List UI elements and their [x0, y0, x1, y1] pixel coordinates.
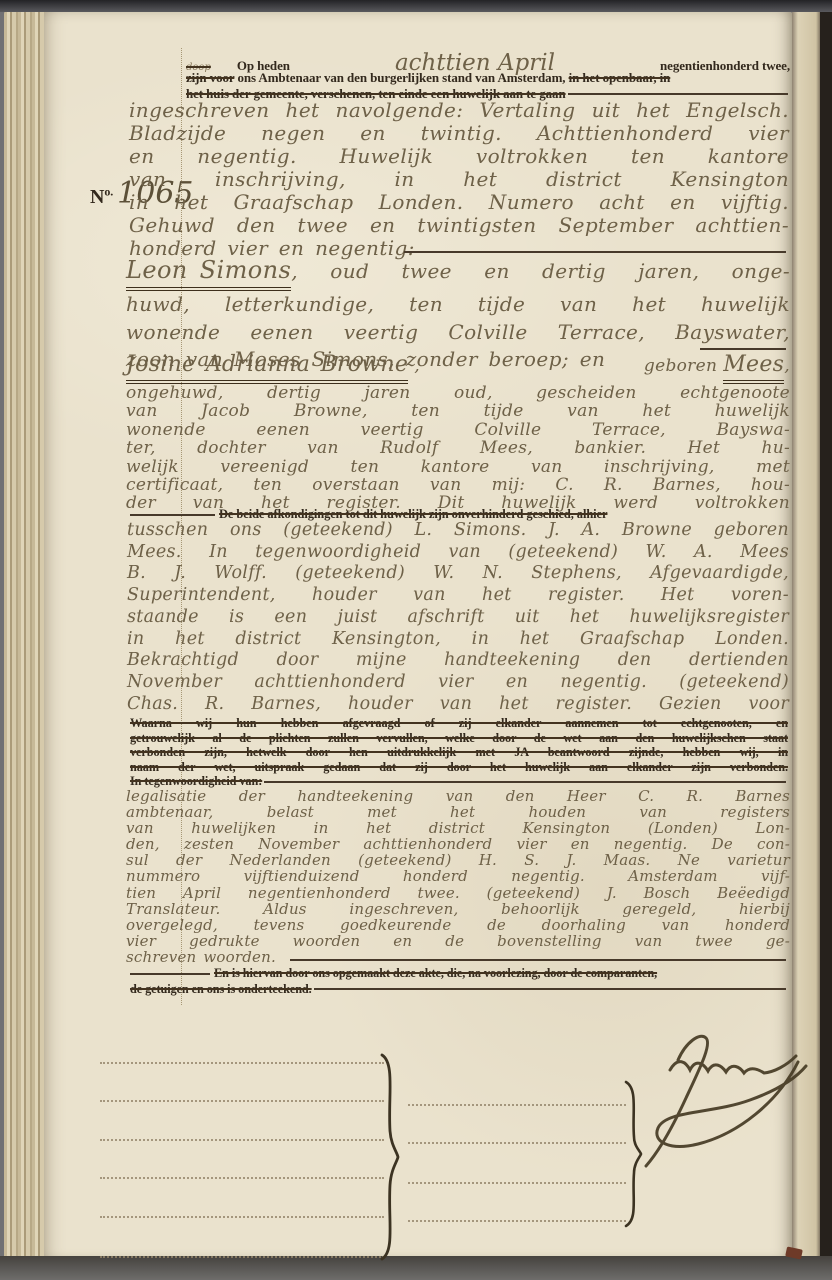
legalisation-block: legalisatie der handteekening van den He…: [126, 788, 790, 965]
header-line-2: zijn voor ons Ambtenaar van den burgerli…: [186, 70, 790, 86]
bride-paragraph: Josine Adrianna Browne , geboren Mees , …: [126, 351, 790, 513]
signature-line: [408, 1182, 626, 1184]
handwritten-line: nummero vijftienduizend honderd negentig…: [126, 868, 790, 884]
signature-line: [100, 1062, 384, 1064]
handwritten-line: Superintendent, houder van het register.…: [127, 585, 789, 607]
handwritten-line: van inschrijving, in het district Kensin…: [129, 168, 789, 191]
handwritten-line: en negentig. Huwelijk voltrokken ten kan…: [129, 145, 789, 168]
filler-rule: [130, 973, 210, 975]
signature-line: [100, 1216, 384, 1218]
witnesses-block: tusschen ons (geteekend) L. Simons. J. A…: [127, 520, 789, 715]
filler-rule: [130, 514, 215, 516]
groom-name-line: Leon Simons , oud twee en dertig jaren, …: [126, 255, 790, 291]
handwritten-line: wonende eenen veertig Colville Terrace, …: [126, 421, 790, 439]
struck-text: Waarna wij hun hebben afgevraagd of zij …: [130, 716, 788, 731]
handwritten-line: ongehuwd, dertig jaren oud, gescheiden e…: [126, 384, 790, 402]
handwritten-line: tusschen ons (geteekend) L. Simons. J. A…: [127, 520, 789, 542]
handwritten-line: overgelegd, tevens goedkeurende de doorh…: [126, 917, 790, 933]
handwritten-line: van huwelijken in het district Kensingto…: [126, 820, 790, 836]
struck-text: naam der wet, uitspraak gedaan dat zij d…: [130, 760, 788, 775]
handwritten-line: den, zesten November achttienhonderd vie…: [126, 836, 790, 852]
handwritten-line: ,: [784, 352, 790, 380]
filler-rule: [568, 93, 788, 95]
handwritten-line: in het district Kensington, in het Graaf…: [127, 629, 789, 651]
struck-text: verbonden zijn, hetwelk door hen uitdruk…: [130, 745, 788, 760]
handwritten-line: November achttienhonderd vier en negenti…: [127, 672, 789, 694]
struck-text: de getuigen en ons is onderteekend.: [130, 982, 312, 998]
handwritten-line: , oud twee en dertig jaren, onge-: [291, 256, 790, 287]
vows-block: Waarna wij hun hebben afgevraagd of zij …: [130, 716, 788, 789]
handwritten-line: vier gedrukte woorden en de bovenstellin…: [126, 933, 790, 949]
handwritten-line: sul der Nederlanden (geteekend) H. S. J.…: [126, 852, 790, 868]
struck-text: zijn voor: [186, 70, 234, 85]
groom-name: Leon Simons: [126, 255, 291, 291]
filler-rule: [314, 988, 786, 990]
closing-line-1: En is hiervan door ons opgemaakt deze ak…: [130, 966, 788, 982]
handwritten-line: Gehuwd den twee en twintigsten September…: [129, 214, 789, 237]
handwritten-line: van Jacob Browne, ten tijde van het huwe…: [126, 402, 790, 420]
handwritten-line: huwd, letterkundige, ten tijde van het h…: [126, 291, 790, 319]
struck-text: En is hiervan door ons opgemaakt deze ak…: [214, 966, 657, 982]
filler-rule: [264, 781, 786, 783]
filler-rule: [404, 251, 786, 253]
book-fore-edges: [4, 10, 46, 1266]
handwritten-line: certificaat, ten overstaan van mij: C. R…: [126, 476, 790, 494]
signature-line: [100, 1100, 384, 1102]
handwritten-line: ter, dochter van Rudolf Mees, bankier. H…: [126, 439, 790, 457]
bride-name-line: Josine Adrianna Browne , geboren Mees ,: [126, 351, 790, 384]
handwritten-line: ambtenaar, belast met het houden van reg…: [126, 804, 790, 820]
handwritten-line: Bladzijde negen en twintig. Achttienhond…: [129, 122, 789, 145]
signature-line: [408, 1220, 626, 1222]
struck-text: in het openbaar, in: [569, 70, 671, 85]
bride-name: Josine Adrianna Browne: [126, 351, 408, 384]
handwritten-line: tien April negentienhonderd twee. (getee…: [126, 885, 790, 901]
registration-block: ingeschreven het navolgende: Vertaling u…: [129, 99, 789, 260]
signature-line: [100, 1139, 384, 1141]
left-brace-icon: [377, 1052, 401, 1262]
photo-bottom-band: [0, 1256, 832, 1280]
handwritten-line: in het Graafschap Londen. Numero acht en…: [129, 191, 789, 214]
officiant-text: ons Ambtenaar van den burgerlijken stand…: [237, 70, 565, 85]
signature-line: [100, 1256, 384, 1258]
handwritten-line: Translateur. Aldus ingeschreven, behoorl…: [126, 901, 790, 917]
handwritten-line: staande is een juist afschrift uit het h…: [127, 607, 789, 629]
photo-top-band: [0, 0, 832, 12]
closing-block: En is hiervan door ons opgemaakt deze ak…: [130, 966, 788, 997]
act-number-prefix: No.: [90, 186, 113, 208]
handwritten-line: wonende eenen veertig Colville Terrace, …: [126, 319, 790, 347]
handwritten-line: , geboren: [408, 352, 723, 380]
handwritten-line: Bekrachtigd door mijne handteekening den…: [127, 650, 789, 672]
handwritten-line: Mees. In tegenwoordigheid van (geteekend…: [127, 542, 789, 564]
struck-text: getrouwelijk al de plichten zullen vervu…: [130, 731, 788, 746]
handwritten-line: welijk vereenigd ten kantore van inschri…: [126, 458, 790, 476]
signature-flourish-icon: [582, 1026, 822, 1178]
handwritten-line: Chas. R. Barnes, houder van het register…: [127, 694, 789, 716]
signature-line: [100, 1177, 384, 1179]
handwritten-line: ingeschreven het navolgende: Vertaling u…: [129, 99, 789, 122]
handwritten-line: legalisatie der handteekening van den He…: [126, 788, 790, 804]
filler-rule: [700, 348, 786, 350]
handwritten-line: schreven woorden.: [126, 949, 790, 965]
archive-photo: No. 1065 doop Op heden achttien April ne…: [0, 0, 832, 1280]
filler-rule: [290, 959, 786, 961]
closing-line-2: de getuigen en ons is onderteekend.: [130, 982, 788, 998]
handwritten-line: B. J. Wolff. (geteekend) W. N. Stephens,…: [127, 563, 789, 585]
bride-maiden-name: Mees: [723, 351, 784, 384]
